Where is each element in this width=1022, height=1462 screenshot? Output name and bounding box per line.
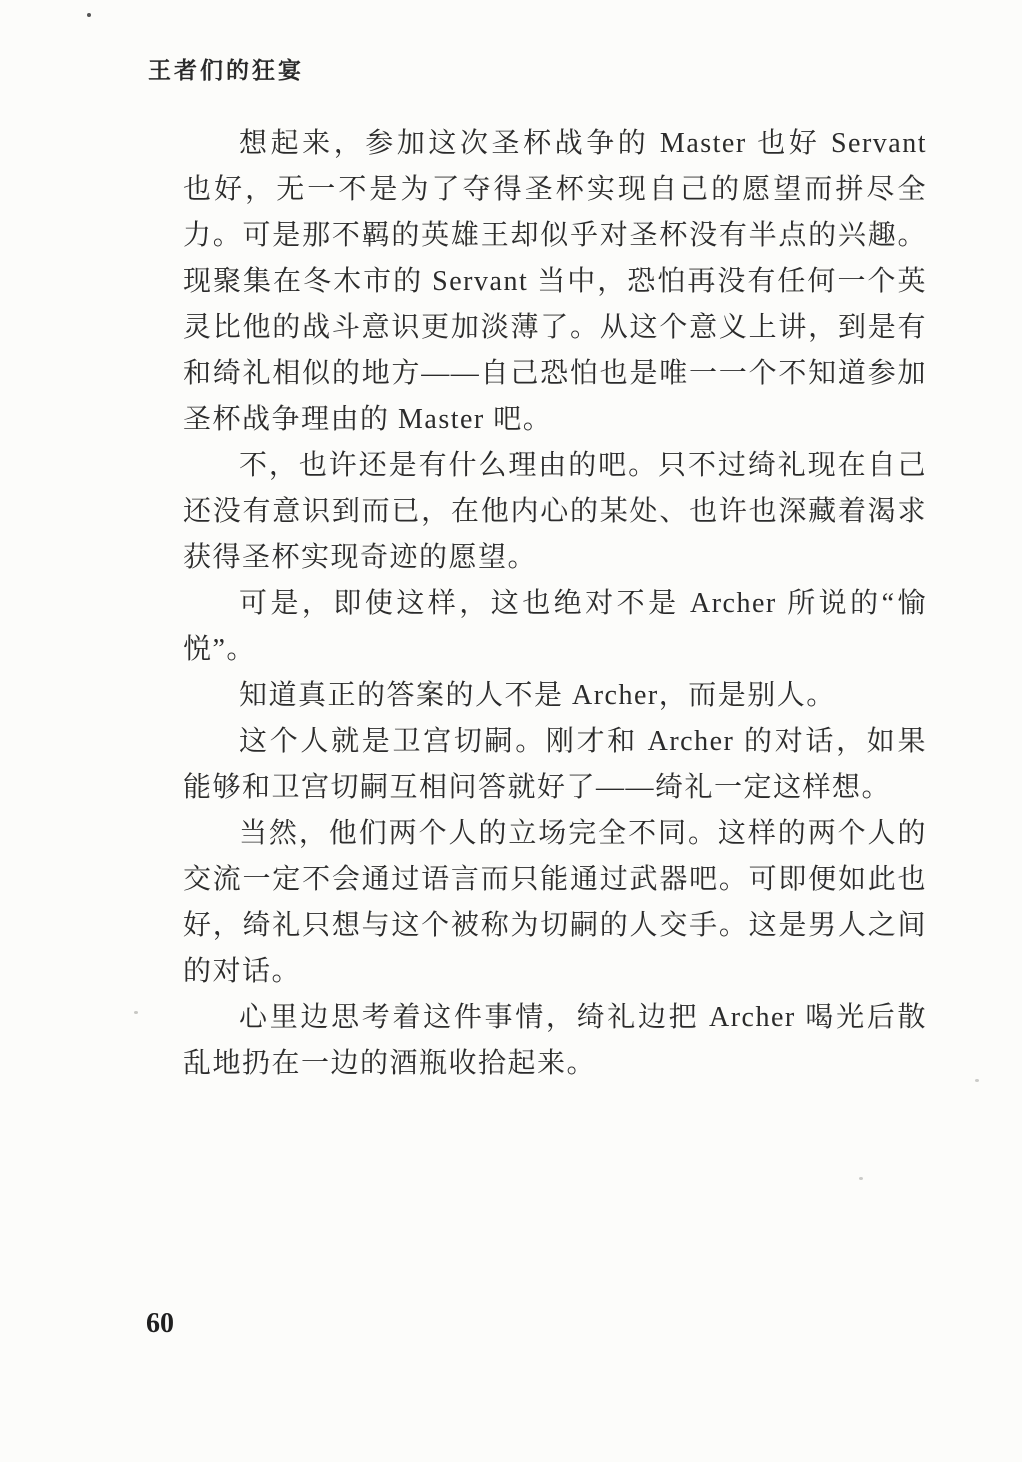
book-page: 王者们的狂宴 想起来，参加这次圣杯战争的 Master 也好 Servant 也…: [0, 0, 1022, 1462]
paragraph: 知道真正的答案的人不是 Archer，而是别人。: [183, 673, 927, 719]
paragraph: 不，也许还是有什么理由的吧。只不过绮礼现在自己还没有意识到而已，在他内心的某处、…: [183, 443, 927, 581]
scan-speck: [134, 1011, 138, 1014]
paragraph: 心里边思考着这件事情，绮礼边把 Archer 喝光后散乱地扔在一边的酒瓶收拾起来…: [183, 995, 927, 1087]
paragraph: 想起来，参加这次圣杯战争的 Master 也好 Servant 也好，无一不是为…: [183, 121, 927, 443]
running-header-chapter-title: 王者们的狂宴: [148, 52, 304, 85]
scan-speck: [975, 1079, 979, 1082]
paragraph: 当然，他们两个人的立场完全不同。这样的两个人的交流一定不会通过语言而只能通过武器…: [183, 811, 927, 995]
page-number: 60: [146, 1308, 174, 1340]
scan-speck: [87, 13, 91, 17]
scan-speck: [859, 1177, 863, 1180]
paragraph: 这个人就是卫宫切嗣。刚才和 Archer 的对话，如果能够和卫宫切嗣互相问答就好…: [183, 719, 927, 811]
paragraph: 可是，即使这样，这也绝对不是 Archer 所说的“愉悦”。: [183, 581, 927, 673]
body-text-block: 想起来，参加这次圣杯战争的 Master 也好 Servant 也好，无一不是为…: [183, 121, 927, 1087]
